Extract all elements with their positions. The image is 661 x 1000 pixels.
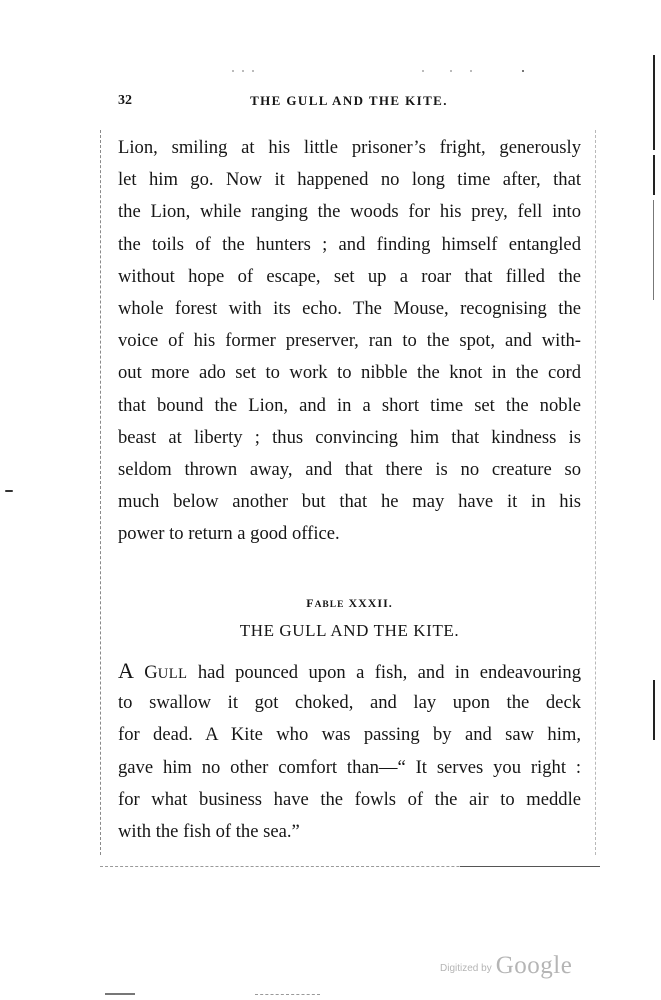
text-line: without hope of escape, set up a roar th… bbox=[118, 261, 581, 293]
scan-edge-mark bbox=[653, 155, 655, 195]
fable-number-label: FABLE XXXII. bbox=[118, 596, 581, 611]
text-line: that bound the Lion, and in a short time… bbox=[118, 390, 581, 422]
scan-edge-mark bbox=[653, 55, 655, 150]
scan-gutter-line-right bbox=[595, 130, 596, 855]
text-line: whole forest with its echo. The Mouse, r… bbox=[118, 293, 581, 325]
fable-body: A GULL had pounced upon a fish, and in e… bbox=[118, 655, 581, 848]
fable-label-initial: F bbox=[306, 596, 314, 610]
page-bottom-rule-solid bbox=[460, 866, 600, 867]
text-line: out more ado set to work to nibble the k… bbox=[118, 357, 581, 389]
text-line: for what business have the fowls of the … bbox=[118, 784, 581, 816]
text-line: much below another but that he may have … bbox=[118, 486, 581, 518]
smallcaps-rest: ULL bbox=[158, 666, 188, 682]
text-line: to swallow it got choked, and lay upon t… bbox=[118, 687, 581, 719]
text-line-first: A GULL had pounced upon a fish, and in e… bbox=[118, 655, 581, 687]
google-logo-text: Google bbox=[496, 952, 573, 979]
fable-title: THE GULL AND THE KITE. bbox=[118, 621, 581, 641]
running-title: THE GULL AND THE KITE. bbox=[118, 93, 580, 109]
scan-margin-tick bbox=[5, 490, 13, 492]
text-line: power to return a good office. bbox=[118, 518, 581, 550]
text-line: Lion, smiling at his little prisoner’s f… bbox=[118, 132, 581, 164]
fable-numeral: XXXII. bbox=[344, 596, 392, 610]
fable-label-rest: ABLE bbox=[315, 600, 345, 610]
text-line: for dead. A Kite who was passing by and … bbox=[118, 719, 581, 751]
text-line: the Lion, while ranging the woods for hi… bbox=[118, 196, 581, 228]
scanned-book-page: 32 THE GULL AND THE KITE. Lion, smiling … bbox=[0, 0, 661, 1000]
scan-specks bbox=[232, 70, 632, 74]
watermark-prefix: Digitized by bbox=[440, 963, 492, 974]
text-line: seldom thrown away, and that there is no… bbox=[118, 454, 581, 486]
previous-fable-conclusion: Lion, smiling at his little prisoner’s f… bbox=[118, 132, 581, 550]
scan-footer-mark bbox=[105, 993, 135, 995]
running-head: 32 THE GULL AND THE KITE. bbox=[118, 93, 580, 113]
scan-edge-mark bbox=[653, 200, 654, 300]
scan-gutter-line-left bbox=[100, 130, 101, 855]
text-line: with the fish of the sea.” bbox=[118, 816, 581, 848]
scan-edge-mark bbox=[653, 680, 655, 740]
text-line: the toils of the hunters ; and finding h… bbox=[118, 229, 581, 261]
text-line: beast at liberty ; thus convincing him t… bbox=[118, 422, 581, 454]
first-line-rest: had pounced upon a fish, and in endeavou… bbox=[187, 662, 581, 683]
smallcaps-initial: G bbox=[134, 662, 158, 683]
text-line: voice of his former preserver, ran to th… bbox=[118, 325, 581, 357]
text-line: gave him no other comfort than—“ It serv… bbox=[118, 752, 581, 784]
drop-cap: A bbox=[118, 658, 134, 683]
digitized-by-google-watermark: Digitized by Google bbox=[440, 952, 572, 980]
scan-footer-mark bbox=[255, 994, 320, 995]
text-line: let him go. Now it happened no long time… bbox=[118, 164, 581, 196]
